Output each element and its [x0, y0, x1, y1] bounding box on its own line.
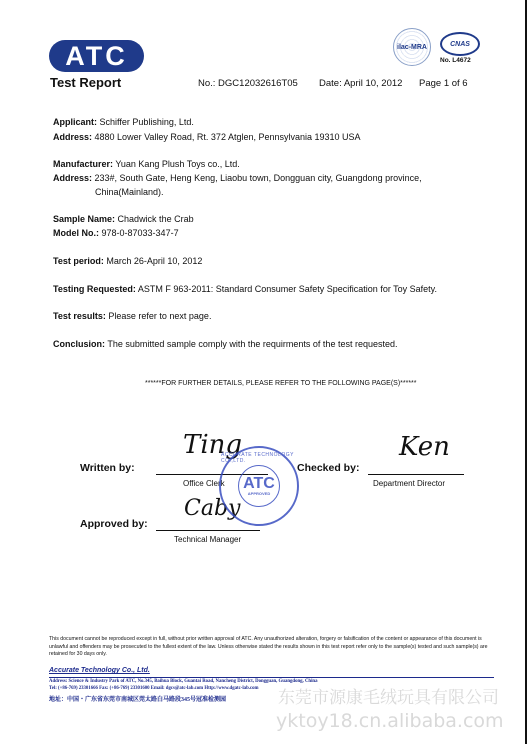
test-period-value: March 26-April 10, 2012: [106, 256, 202, 266]
testing-requested-label: Testing Requested:: [53, 284, 136, 294]
checked-by-line: [368, 474, 464, 475]
stamp-center-text: ATC: [243, 476, 275, 491]
checked-by-role: Department Director: [373, 479, 445, 488]
stamp-ring-text: ACCURATE TECHNOLOGY CO.,LTD.: [221, 452, 297, 464]
manufacturer-address-row: Address: 233#, South Gate, Heng Keng, Li…: [53, 173, 422, 183]
manufacturer-label: Manufacturer:: [53, 159, 113, 169]
report-date: Date: April 10, 2012: [319, 78, 402, 89]
footer-rule: [49, 677, 494, 678]
testing-requested-value: ASTM F 963-2011: Standard Consumer Safet…: [138, 284, 437, 294]
cnas-number: No. L4672: [440, 57, 471, 64]
test-results-label: Test results:: [53, 311, 106, 321]
sample-name-value: Chadwick the Crab: [118, 214, 194, 224]
test-period-label: Test period:: [53, 256, 104, 266]
ilac-mra-logo-icon: ilac-MRA: [393, 28, 431, 66]
watermark-url: yktoy18.cn.alibaba.com: [276, 710, 504, 732]
cnas-label: CNAS: [450, 41, 470, 48]
sample-name-row: Sample Name: Chadwick the Crab: [53, 214, 194, 224]
model-no-value: 978-0-87033-347-7: [102, 228, 179, 238]
company-contacts: Tel: (+86-769) 23301666 Fax: (+86-769) 2…: [49, 686, 258, 691]
report-title: Test Report: [50, 75, 121, 90]
manufacturer-address-line2: China(Mainland).: [95, 187, 164, 197]
test-period-row: Test period: March 26-April 10, 2012: [53, 256, 202, 266]
manufacturer-row: Manufacturer: Yuan Kang Plush Toys co., …: [53, 159, 240, 169]
applicant-value: Schiffer Publishing, Ltd.: [100, 117, 194, 127]
conclusion-value: The submitted sample comply with the req…: [107, 339, 397, 349]
testing-requested-row: Testing Requested: ASTM F 963-2011: Stan…: [53, 284, 437, 294]
page-number: Page 1 of 6: [419, 78, 468, 89]
model-no-label: Model No.:: [53, 228, 99, 238]
address-label: Address:: [53, 132, 92, 142]
written-by-label: Written by:: [80, 462, 135, 474]
applicant-address-row: Address: 4880 Lower Valley Road, Rt. 372…: [53, 132, 361, 142]
test-results-row: Test results: Please refer to next page.: [53, 311, 211, 321]
conclusion-label: Conclusion:: [53, 339, 105, 349]
applicant-label: Applicant:: [53, 117, 97, 127]
company-address-cn: 地址：中国・广东省东莞市南城区莞太路白马路段345号冠准检测园: [49, 694, 226, 703]
address-value: 4880 Lower Valley Road, Rt. 372 Atglen, …: [95, 132, 361, 142]
test-results-value: Please refer to next page.: [108, 311, 211, 321]
report-number: No.: DGC12032616T05: [198, 78, 298, 89]
stamp-inner-circle: ATC APPROVED: [238, 465, 280, 507]
conclusion-row: Conclusion: The submitted sample comply …: [53, 339, 397, 349]
company-name: Accurate Technology Co., Ltd.: [49, 667, 150, 674]
disclaimer: This document cannot be reproduced excep…: [49, 636, 494, 659]
sample-name-label: Sample Name:: [53, 214, 115, 224]
further-details-note: ******FOR FURTHER DETAILS, PLEASE REFER …: [145, 380, 417, 387]
watermark-company: 东莞市源康毛绒玩具有限公司: [278, 683, 499, 708]
manufacturer-value: Yuan Kang Plush Toys co., Ltd.: [115, 159, 239, 169]
approved-by-label: Approved by:: [80, 518, 148, 530]
address-label: Address:: [53, 173, 92, 183]
atc-approved-stamp-icon: ACCURATE TECHNOLOGY CO.,LTD. ATC APPROVE…: [219, 446, 299, 526]
applicant-row: Applicant: Schiffer Publishing, Ltd.: [53, 117, 194, 127]
approved-by-line: [156, 530, 260, 531]
cnas-logo-icon: CNAS: [440, 32, 480, 56]
checked-by-signature: Ken: [399, 432, 450, 462]
atc-logo: ATC: [49, 40, 144, 72]
model-no-row: Model No.: 978-0-87033-347-7: [53, 228, 179, 238]
ilac-label: ilac-MRA: [397, 44, 427, 51]
address-value: 233#, South Gate, Heng Keng, Liaobu town…: [95, 173, 422, 183]
stamp-sub-text: APPROVED: [248, 491, 270, 496]
checked-by-label: Checked by:: [297, 462, 359, 474]
approved-by-role: Technical Manager: [174, 535, 241, 544]
